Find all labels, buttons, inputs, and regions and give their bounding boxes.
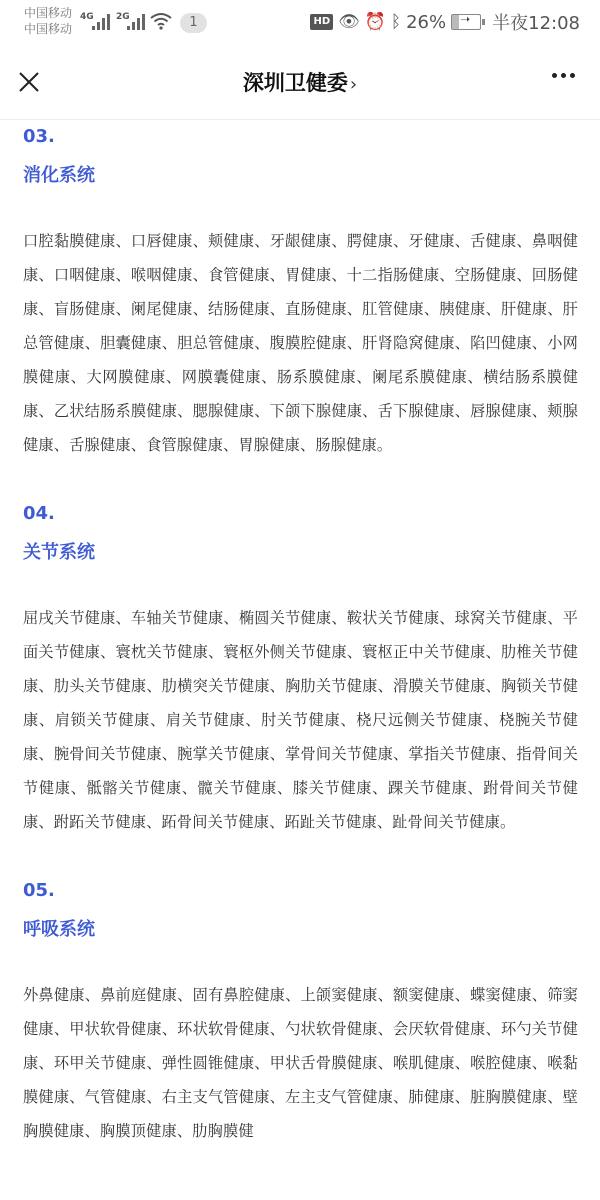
section-title: 关节系统: [23, 540, 578, 566]
carrier-1: 中国移动: [24, 5, 72, 21]
page-title: 深圳卫健委: [243, 71, 348, 95]
section-number: 04.: [23, 502, 578, 526]
section-body: 口腔黏膜健康、口唇健康、颊健康、牙龈健康、腭健康、牙健康、舌健康、鼻咽健康、口咽…: [23, 224, 578, 462]
battery-percent: 26%: [406, 12, 446, 33]
signal-4g-icon: [92, 14, 110, 30]
account-title-link[interactable]: 深圳卫健委›: [0, 67, 600, 97]
nav-bar: 深圳卫健委›: [0, 45, 600, 120]
alarm-icon: ⏰: [365, 12, 386, 32]
section-number: 05.: [23, 879, 578, 903]
bluetooth-icon: ᛒ: [391, 12, 401, 32]
status-bar: 中国移动 中国移动 4G 2G 1 HD 👁 ⏰ ᛒ 26% ➝ 半夜12:08: [0, 0, 600, 45]
chevron-right-icon: ›: [350, 74, 357, 95]
more-icon[interactable]: [552, 73, 575, 78]
section-title: 呼吸系统: [23, 917, 578, 943]
wifi-icon: [150, 11, 172, 31]
section-respiratory: 05. 呼吸系统 外鼻健康、鼻前庭健康、固有鼻腔健康、上颌窦健康、额窦健康、蝶窦…: [23, 879, 578, 1148]
article-content: 03. 消化系统 口腔黏膜健康、口唇健康、颊健康、牙龈健康、腭健康、牙健康、舌健…: [0, 121, 600, 1148]
system-status-icons: HD 👁 ⏰ ᛒ 26% ➝ 半夜12:08: [310, 9, 580, 35]
section-number: 03.: [23, 125, 578, 149]
section-title: 消化系统: [23, 163, 578, 189]
section-body: 外鼻健康、鼻前庭健康、固有鼻腔健康、上颌窦健康、额窦健康、蝶窦健康、筛窦健康、甲…: [23, 978, 578, 1148]
carrier-2: 中国移动: [24, 21, 72, 37]
section-joints: 04. 关节系统 屈戌关节健康、车轴关节健康、椭圆关节健康、鞍状关节健康、球窝关…: [23, 502, 578, 839]
section-body: 屈戌关节健康、车轴关节健康、椭圆关节健康、鞍状关节健康、球窝关节健康、平面关节健…: [23, 601, 578, 839]
clock: 半夜12:08: [492, 9, 580, 35]
hd-icon: HD: [310, 14, 333, 30]
notification-count-badge: 1: [180, 13, 207, 33]
eye-comfort-icon: 👁: [338, 12, 360, 32]
section-digestive: 03. 消化系统 口腔黏膜健康、口唇健康、颊健康、牙龈健康、腭健康、牙健康、舌健…: [23, 125, 578, 462]
carrier-labels: 中国移动 中国移动: [24, 5, 72, 37]
signal-2g-icon: [127, 14, 145, 30]
battery-icon: ➝: [451, 14, 481, 30]
